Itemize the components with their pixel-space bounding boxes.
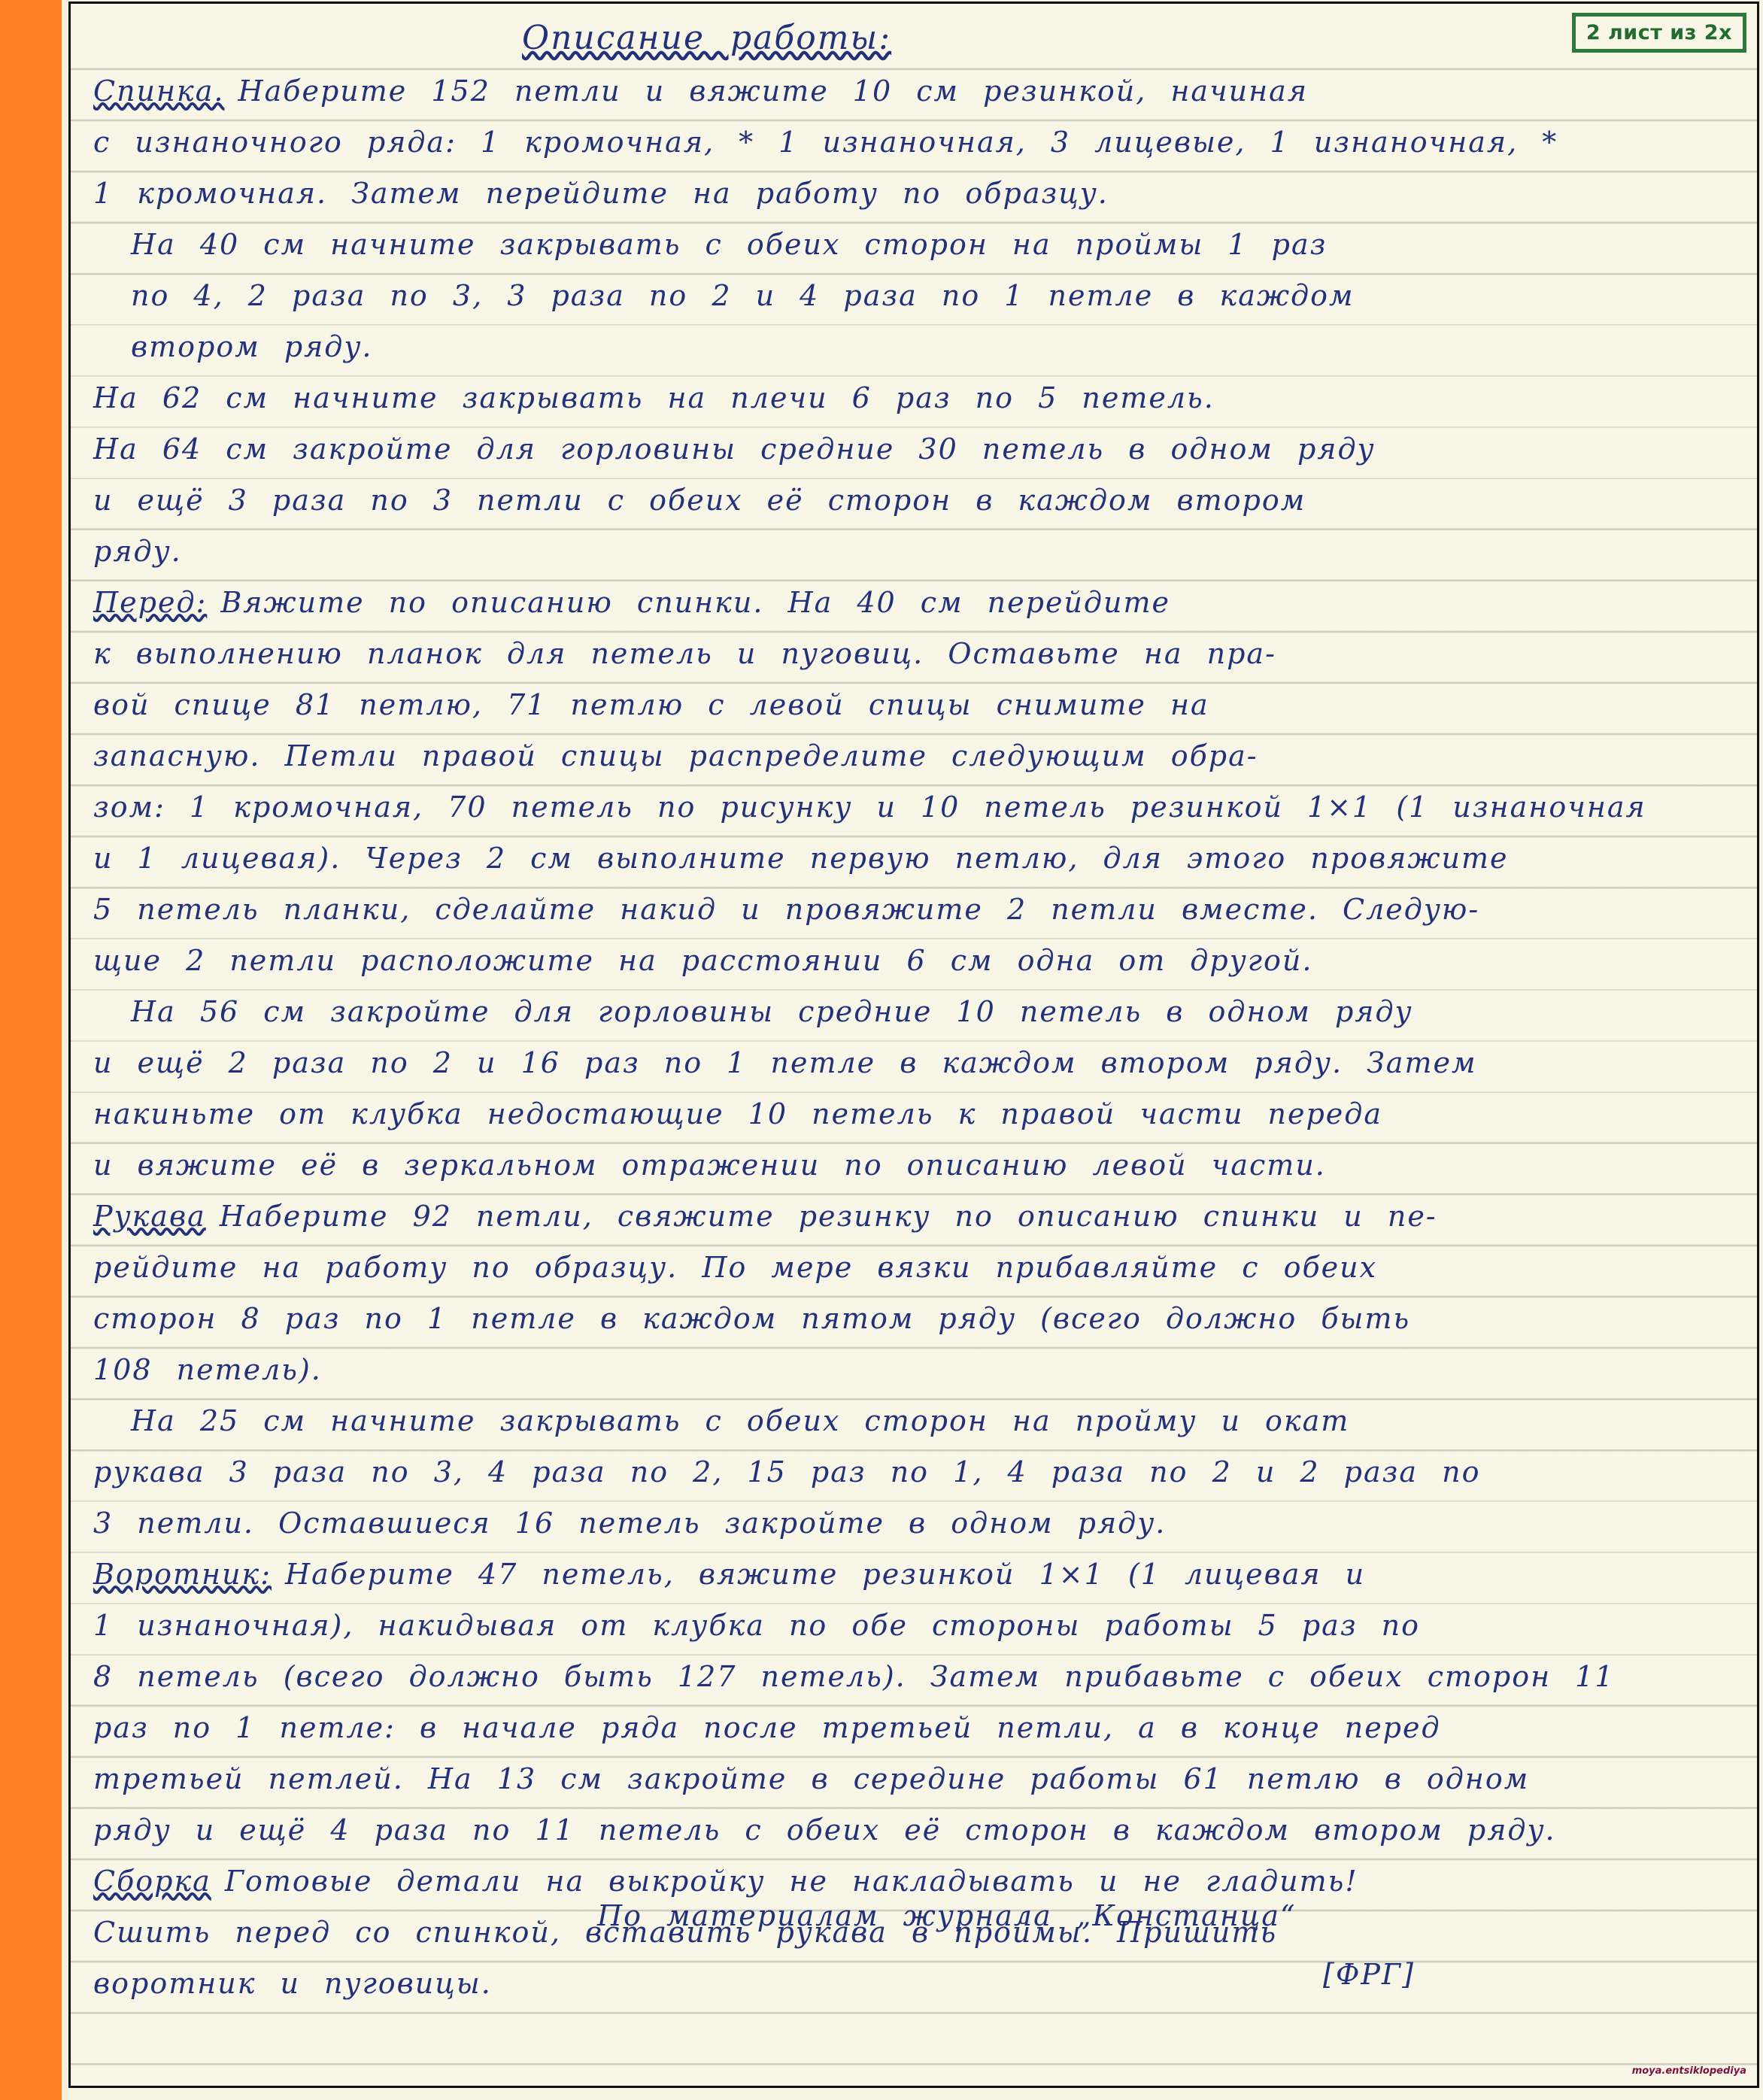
text-line: раз по 1 петле: в начале ряда после трет…	[93, 1702, 1740, 1753]
text-line: рейдите на работу по образцу. По мере вя…	[93, 1242, 1740, 1293]
text-line: сторон 8 раз по 1 петле в каждом пятом р…	[93, 1293, 1740, 1344]
section-heading-collar: Воротник:	[93, 1558, 272, 1591]
text-line: с изнаночного ряда: 1 кромочная, * 1 изн…	[93, 117, 1740, 168]
text-line: и 1 лицевая). Через 2 см выполните перву…	[93, 833, 1740, 884]
text-line: накиньте от клубка недостающие 10 петель…	[93, 1088, 1740, 1140]
text-line: РукаваНаберите 92 петли, свяжите резинку…	[93, 1191, 1740, 1242]
text-line: к выполнению планок для петель и пуговиц…	[93, 628, 1740, 679]
text-line: На 62 см начните закрывать на плечи 6 ра…	[93, 372, 1740, 423]
line-text: Наберите 92 петли, свяжите резинку по оп…	[220, 1200, 1437, 1233]
text-line: 108 петель).	[93, 1344, 1740, 1395]
page-gutter	[62, 0, 68, 2100]
text-line: Перед:Вяжите по описанию спинки. На 40 с…	[93, 577, 1740, 628]
handwritten-page: 2 лист из 2х Описание работы: Спинка.Наб…	[68, 2, 1759, 2088]
section-heading-back: Спинка.	[93, 74, 224, 108]
section-heading-front: Перед:	[93, 586, 207, 619]
line-text: Готовые детали на выкройку не накладыват…	[225, 1865, 1358, 1898]
source-credit: По материалам журнала „Констанца“	[597, 1899, 1296, 1932]
text-line: 1 кромочная. Затем перейдите на работу п…	[93, 168, 1740, 219]
text-line: и ещё 2 раза по 2 и 16 раз по 1 петле в …	[93, 1037, 1740, 1088]
text-line: ряду.	[93, 526, 1740, 577]
text-line: щие 2 петли расположите на расстоянии 6 …	[93, 935, 1740, 986]
source-country: [ФРГ]	[1323, 1958, 1415, 1991]
document-title: Описание работы:	[522, 19, 891, 57]
text-line: 8 петель (всего должно быть 127 петель).…	[93, 1651, 1740, 1702]
page-count-badge: 2 лист из 2х	[1572, 13, 1746, 53]
text-line: и вяжите её в зеркальном отражении по оп…	[93, 1140, 1740, 1191]
text-line: 3 петли. Оставшиеся 16 петель закройте в…	[93, 1498, 1740, 1549]
section-heading-assembly: Сборка	[93, 1865, 211, 1898]
text-line: 1 изнаночная), накидывая от клубка по об…	[93, 1600, 1740, 1651]
text-line: На 40 см начните закрывать с обеих сторо…	[93, 219, 1740, 270]
line-text: Вяжите по описанию спинки. На 40 см пере…	[220, 586, 1170, 619]
text-line: и ещё 3 раза по 3 петли с обеих её сторо…	[93, 475, 1740, 526]
text-line: запасную. Петли правой спицы распределит…	[93, 730, 1740, 781]
text-line: 5 петель планки, сделайте накид и провяж…	[93, 884, 1740, 935]
side-color-strip	[0, 0, 62, 2100]
text-line: На 56 см закройте для горловины средние …	[93, 986, 1740, 1037]
text-line: На 64 см закройте для горловины средние …	[93, 423, 1740, 475]
text-line: воротник и пуговицы.	[93, 1958, 1740, 2009]
text-line: третьей петлей. На 13 см закройте в сере…	[93, 1753, 1740, 1804]
text-line: по 4, 2 раза по 3, 3 раза по 2 и 4 раза …	[93, 270, 1740, 321]
text-line: ряду и ещё 4 раза по 11 петель с обеих е…	[93, 1804, 1740, 1856]
text-line: рукава 3 раза по 3, 4 раза по 2, 15 раз …	[93, 1446, 1740, 1498]
document-body: Спинка.Наберите 152 петли и вяжите 10 см…	[93, 65, 1740, 2009]
text-line: На 25 см начните закрывать с обеих сторо…	[93, 1395, 1740, 1446]
line-text: Наберите 47 петель, вяжите резинкой 1×1 …	[285, 1558, 1365, 1591]
text-line: зом: 1 кромочная, 70 петель по рисунку и…	[93, 781, 1740, 833]
site-watermark: moya.entsiklopediya	[1632, 2065, 1746, 2077]
text-line: вой спице 81 петлю, 71 петлю с левой спи…	[93, 679, 1740, 730]
text-line: Воротник:Наберите 47 петель, вяжите рези…	[93, 1549, 1740, 1600]
section-heading-sleeves: Рукава	[93, 1200, 206, 1233]
text-line: втором ряду.	[93, 321, 1740, 372]
line-text: Наберите 152 петли и вяжите 10 см резинк…	[238, 74, 1308, 108]
text-line: Спинка.Наберите 152 петли и вяжите 10 см…	[93, 65, 1740, 117]
